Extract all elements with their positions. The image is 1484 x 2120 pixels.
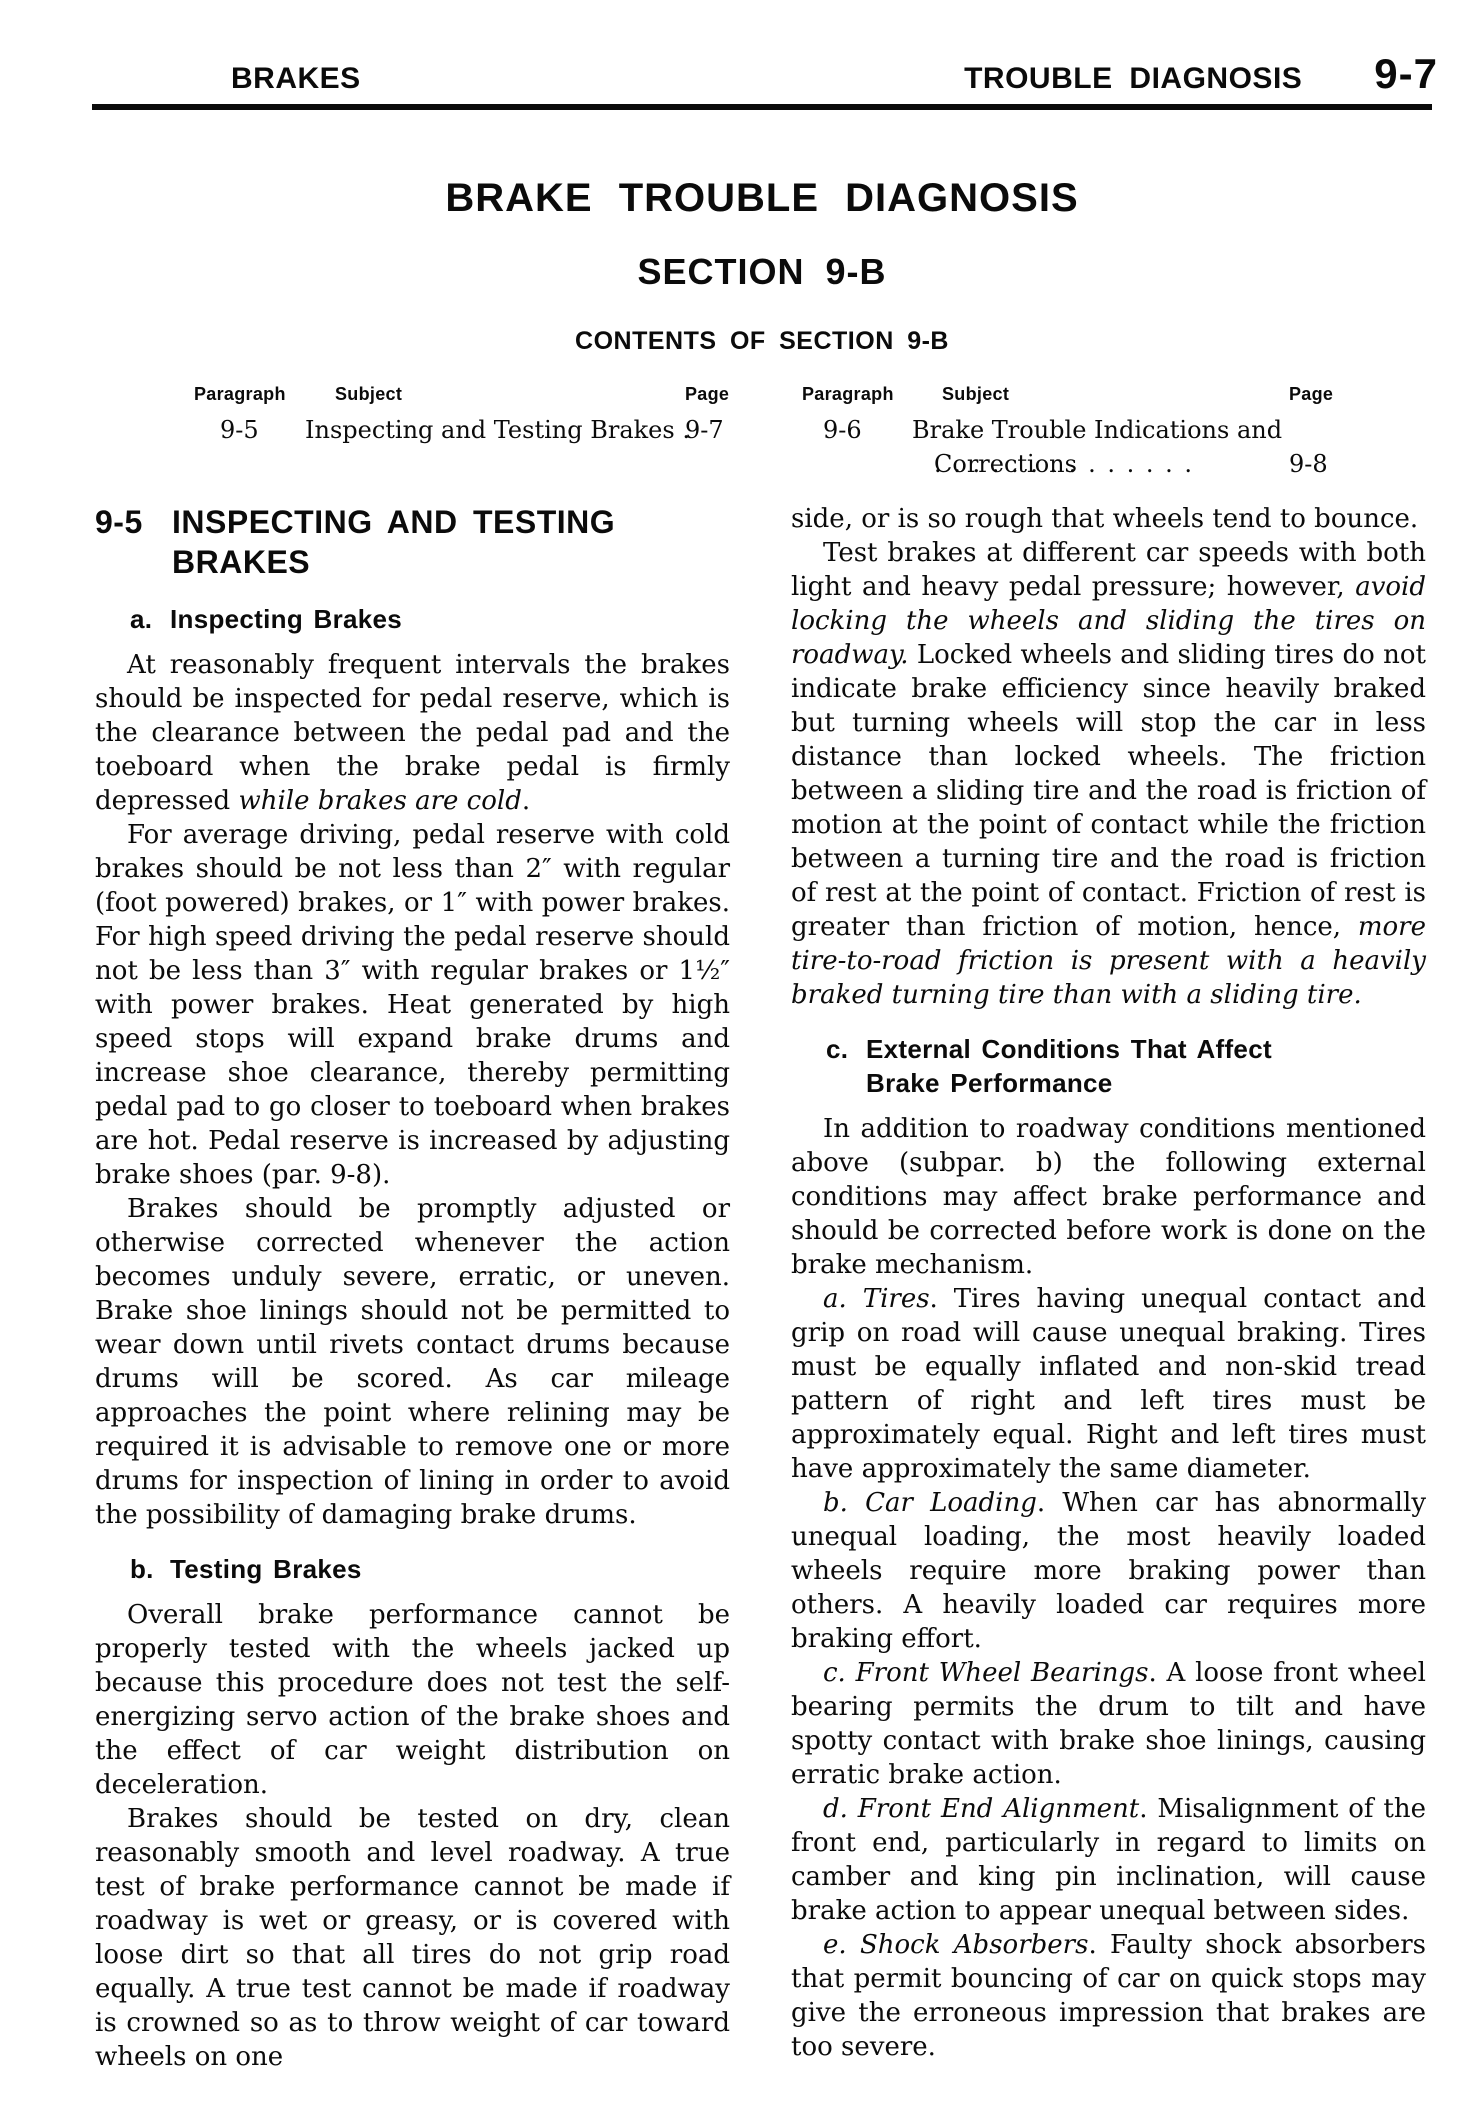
section-heading: 9-5INSPECTING AND TESTINGBRAKES [95,502,730,582]
running-header-left: BRAKES [231,62,361,96]
sub-heading-text: Inspecting Brakes [170,604,402,634]
leader-dots: . . . . . . . . . . . . . . [934,450,1194,478]
running-header-right: TROUBLE DIAGNOSIS 9-7 [964,50,1438,98]
paragraph: Overall brake performance cannot be prop… [95,1598,730,1802]
sub-heading-letter: b. [130,1552,154,1586]
paragraph: b. Car Loading. When car has abnormally … [791,1486,1426,1656]
right-column: side, or is so rough that wheels tend to… [791,502,1426,2074]
left-column: 9-5INSPECTING AND TESTINGBRAKESa.Inspect… [95,502,730,2074]
contents-entry-page: 9-8 [1289,450,1328,478]
contents-entry-paragraph: 9-6 [823,416,862,444]
paragraph: a. Tires. Tires having unequal contact a… [791,1282,1426,1486]
title-block: BRAKE TROUBLE DIAGNOSIS SECTION 9-B CONT… [0,176,1484,356]
paragraph: e. Shock Absorbers. Faulty shock absorbe… [791,1928,1426,2064]
sub-heading: b.Testing Brakes [95,1552,730,1586]
contents-right-half: Paragraph Subject Page 9-6 Brake Trouble… [791,384,1426,486]
paragraph: In addition to roadway conditions mentio… [791,1112,1426,1282]
paragraph: side, or is so rough that wheels tend to… [791,502,1426,536]
section-label: SECTION 9-B [92,251,1432,293]
paragraph: For average driving, pedal reserve with … [95,818,730,1192]
header-rule [92,104,1432,110]
running-header: BRAKES TROUBLE DIAGNOSIS 9-7 [0,0,1484,98]
paragraph: Brakes should be tested on dry, clean re… [95,1802,730,2074]
page-number: 9-7 [1374,50,1438,98]
sub-heading-text: Testing Brakes [170,1554,362,1584]
contents-col-paragraph: Paragraph [194,384,286,405]
article-body: 9-5INSPECTING AND TESTINGBRAKESa.Inspect… [0,502,1484,2074]
contents-col-subject: Subject [942,384,1009,405]
sub-heading: a.Inspecting Brakes [95,602,730,636]
sub-heading-text: External Conditions That AffectBrake Per… [866,1034,1272,1098]
contents-entry-page: 9-7 [685,416,724,444]
contents-table: Paragraph Subject Page 9-5 Inspecting an… [0,384,1484,486]
sub-heading: c.External Conditions That AffectBrake P… [791,1032,1426,1100]
contents-entry-subject-line1: Brake Trouble Indications and [912,416,1282,444]
paragraph: d. Front End Alignment. Misalignment of … [791,1792,1426,1928]
contents-col-page: Page [1289,384,1333,405]
contents-col-subject: Subject [335,384,402,405]
paragraph: c. Front Wheel Bearings. A loose front w… [791,1656,1426,1792]
section-number: 9-5 [95,502,143,542]
paragraph: Brakes should be promptly adjusted or ot… [95,1192,730,1532]
paragraph: At reasonably frequent intervals the bra… [95,648,730,818]
contents-heading: CONTENTS OF SECTION 9-B [92,327,1432,356]
contents-entry-paragraph: 9-5 [220,416,259,444]
contents-col-paragraph: Paragraph [802,384,894,405]
sub-heading-letter: a. [130,602,152,636]
paragraph: Test brakes at different car speeds with… [791,536,1426,1012]
sub-heading-letter: c. [826,1032,848,1066]
page-title: BRAKE TROUBLE DIAGNOSIS [92,176,1432,221]
running-header-right-title: TROUBLE DIAGNOSIS [964,62,1302,96]
section-heading-text: INSPECTING AND TESTINGBRAKES [172,504,615,580]
contents-col-page: Page [685,384,729,405]
contents-left-half: Paragraph Subject Page 9-5 Inspecting an… [95,384,730,486]
contents-entry-subject: Inspecting and Testing Brakes . [305,416,690,444]
